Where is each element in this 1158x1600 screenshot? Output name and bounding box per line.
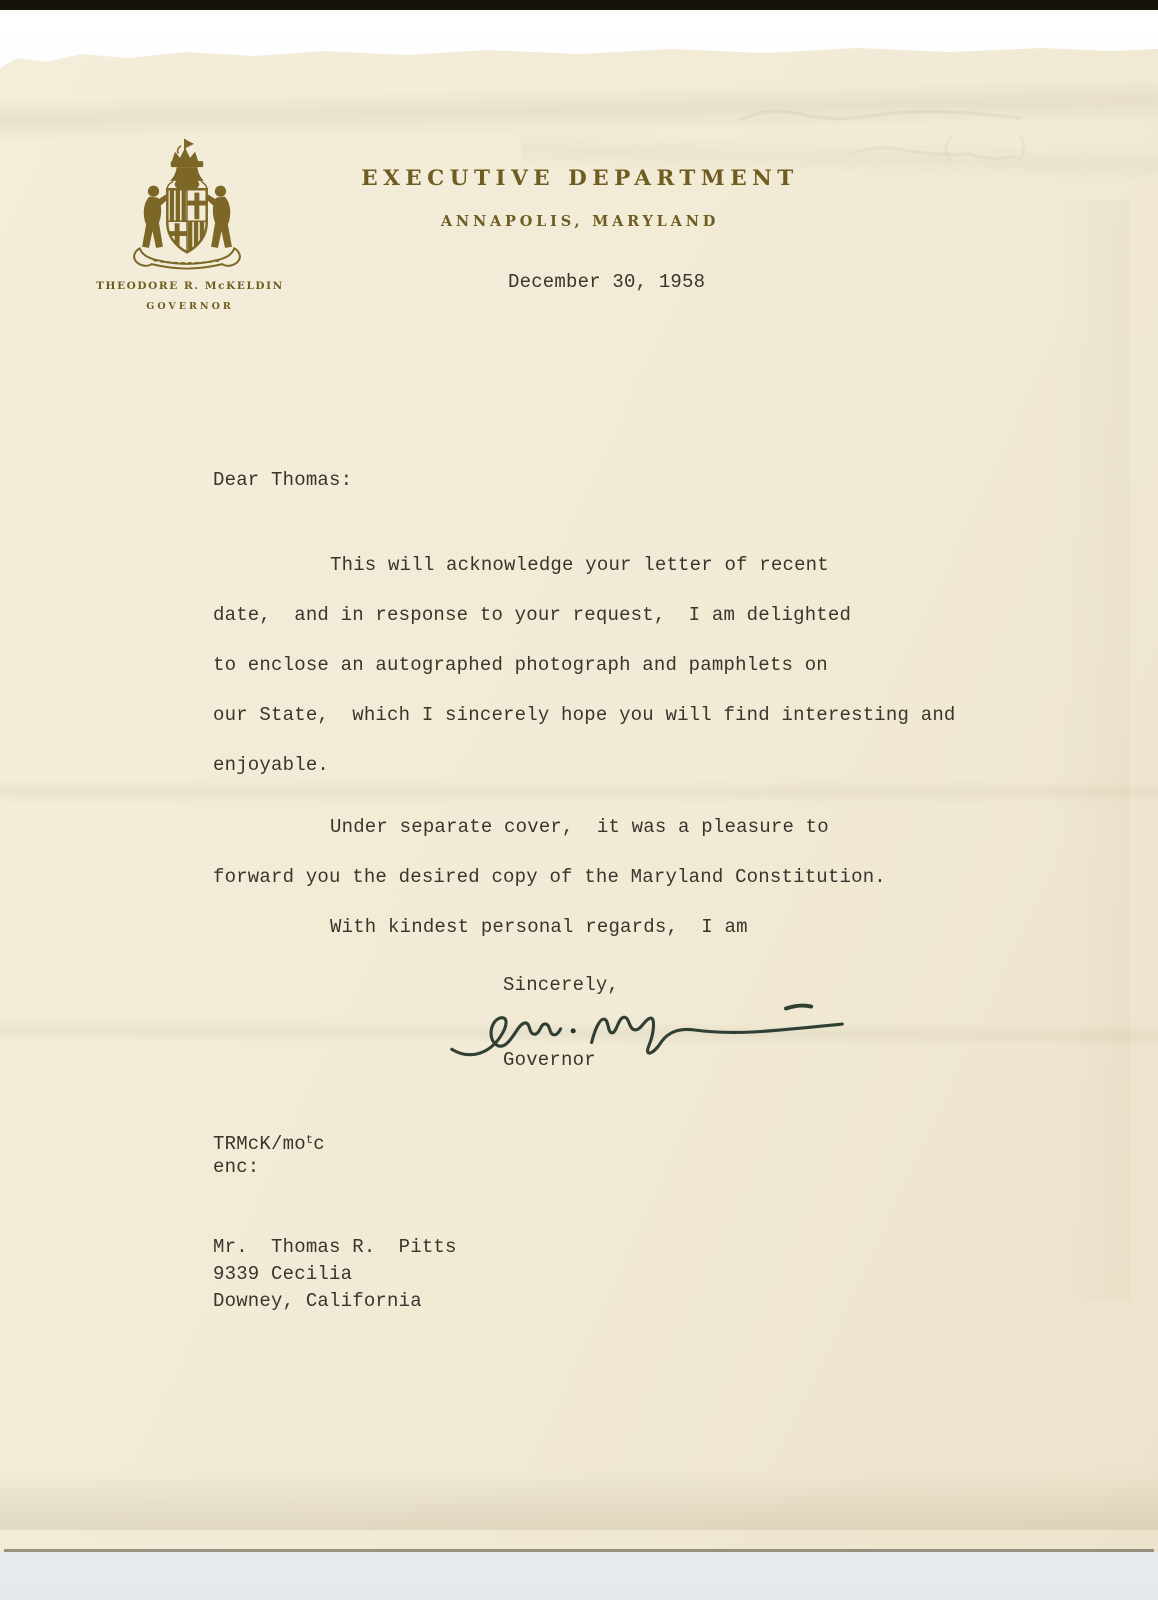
enclosure-notation: enc: [213, 1154, 259, 1181]
body-line: Under separate cover, it was a pleasure … [330, 814, 829, 841]
letterhead-department: EXECUTIVE DEPARTMENT [320, 166, 840, 191]
paper-bottom-edge-shadow [4, 1549, 1154, 1552]
paper-crease [1060, 200, 1130, 1300]
recipient-name: Mr. Thomas R. Pitts [213, 1234, 457, 1261]
letterhead-officer-title: GOVERNOR [80, 301, 300, 312]
mckeldin-handwritten-signature-icon [438, 992, 858, 1060]
body-line: to enclose an autographed photograph and… [213, 652, 828, 679]
scan-top-edge-strip [0, 0, 1158, 10]
letterhead-officer-name: THEODORE R. McKELDIN [80, 280, 300, 292]
recipient-street: 9339 Cecilia [213, 1261, 352, 1288]
paper-sheet: EXECUTIVE DEPARTMENT ANNAPOLIS, MARYLAND… [0, 46, 1158, 1552]
body-line: enjoyable. [213, 752, 329, 779]
body-line: date, and in response to your request, I… [213, 602, 851, 629]
typist-initials-prefix: TRMcK/mo [213, 1133, 306, 1155]
body-line: forward you the desired copy of the Mary… [213, 864, 886, 891]
body-line: our State, which I sincerely hope you wi… [213, 702, 956, 729]
letterhead-location: ANNAPOLIS, MARYLAND [320, 213, 840, 230]
typist-initials-suffix: c [313, 1133, 325, 1155]
recipient-city: Downey, California [213, 1288, 422, 1315]
body-line: This will acknowledge your letter of rec… [330, 552, 829, 579]
scanned-letter-page: EXECUTIVE DEPARTMENT ANNAPOLIS, MARYLAND… [0, 0, 1158, 1600]
faint-ink-showthrough [700, 78, 1130, 178]
date-line: December 30, 1958 [508, 269, 705, 296]
maryland-coat-of-arms-icon [126, 138, 248, 272]
body-line: With kindest personal regards, I am [330, 914, 748, 941]
signoff-title: Governor [503, 1047, 596, 1074]
paper-bottom-shading [0, 1470, 1158, 1530]
salutation: Dear Thomas: [213, 467, 352, 494]
paper-fold-crease [0, 780, 1158, 804]
